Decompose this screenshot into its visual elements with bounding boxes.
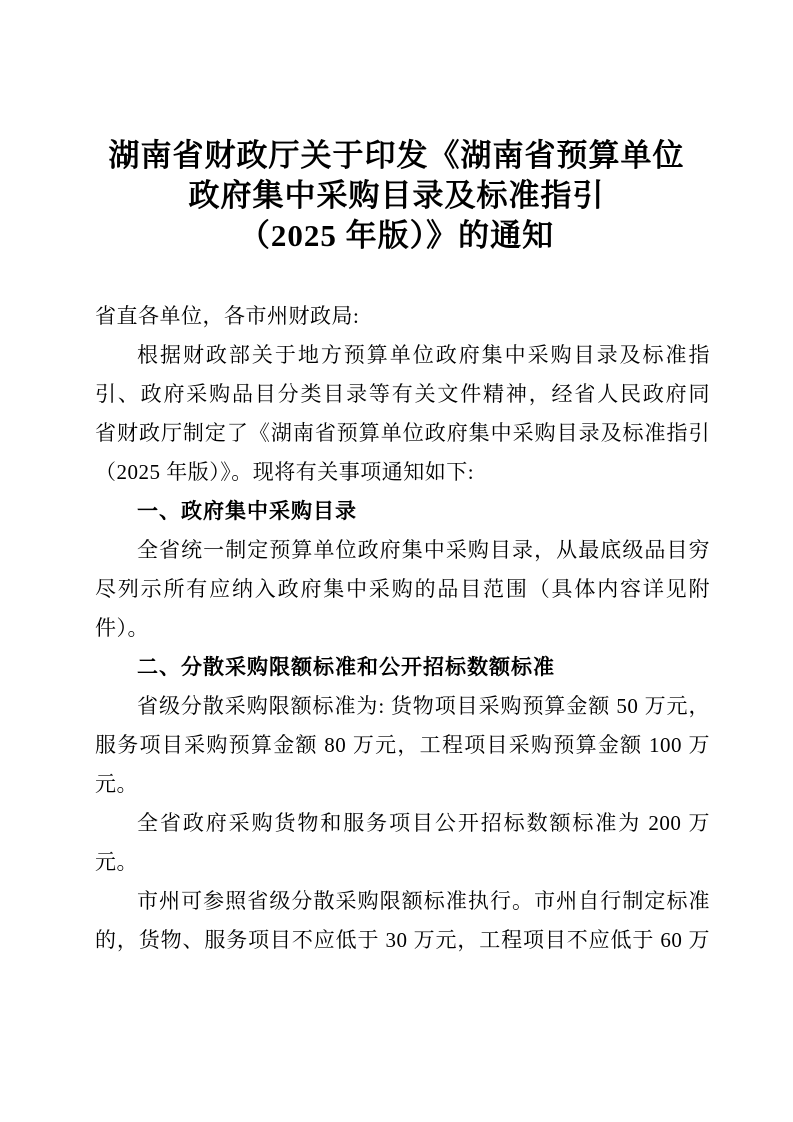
body-line: 元。: [95, 843, 710, 882]
section-heading-1: 一、政府集中采购目录: [95, 492, 710, 531]
section-heading-2: 二、分散采购限额标准和公开招标数额标准: [95, 648, 710, 687]
body-line: （2025 年版）》。现将有关事项通知如下:: [95, 453, 710, 492]
body-line: 省财政厅制定了《湖南省预算单位政府集中采购目录及标准指引: [95, 414, 710, 453]
body-line: 引、政府采购品目分类目录等有关文件精神，经省人民政府同意，: [95, 375, 710, 414]
title-line-1: 湖南省财政厅关于印发《湖南省预算单位: [0, 136, 793, 176]
body-line: 全省政府采购货物和服务项目公开招标数额标准为 200 万: [95, 804, 710, 843]
body-line: 市州可参照省级分散采购限额标准执行。市州自行制定标准: [95, 882, 710, 921]
body-line: 根据财政部关于地方预算单位政府集中采购目录及标准指: [95, 336, 710, 375]
notice-body: 省直各单位，各市州财政局: 根据财政部关于地方预算单位政府集中采购目录及标准指 …: [95, 297, 710, 960]
document-page: 湖南省财政厅关于印发《湖南省预算单位 政府集中采购目录及标准指引 （2025 年…: [0, 0, 793, 1122]
body-line: 元。: [95, 765, 710, 804]
body-line: 件）。: [95, 609, 710, 648]
title-line-3: （2025 年版）》的通知: [0, 216, 793, 256]
body-line: 尽列示所有应纳入政府集中采购的品目范围（具体内容详见附: [95, 570, 710, 609]
body-line: 的，货物、服务项目不应低于 30 万元，工程项目不应低于 60 万: [95, 921, 710, 960]
body-line: 省级分散采购限额标准为: 货物项目采购预算金额 50 万元，: [95, 687, 710, 726]
body-line: 全省统一制定预算单位政府集中采购目录，从最底级品目穷: [95, 531, 710, 570]
salutation-line: 省直各单位，各市州财政局:: [95, 297, 710, 336]
body-line: 服务项目采购预算金额 80 万元，工程项目采购预算金额 100 万: [95, 726, 710, 765]
title-line-2: 政府集中采购目录及标准指引: [0, 176, 793, 216]
notice-title: 湖南省财政厅关于印发《湖南省预算单位 政府集中采购目录及标准指引 （2025 年…: [0, 136, 793, 256]
